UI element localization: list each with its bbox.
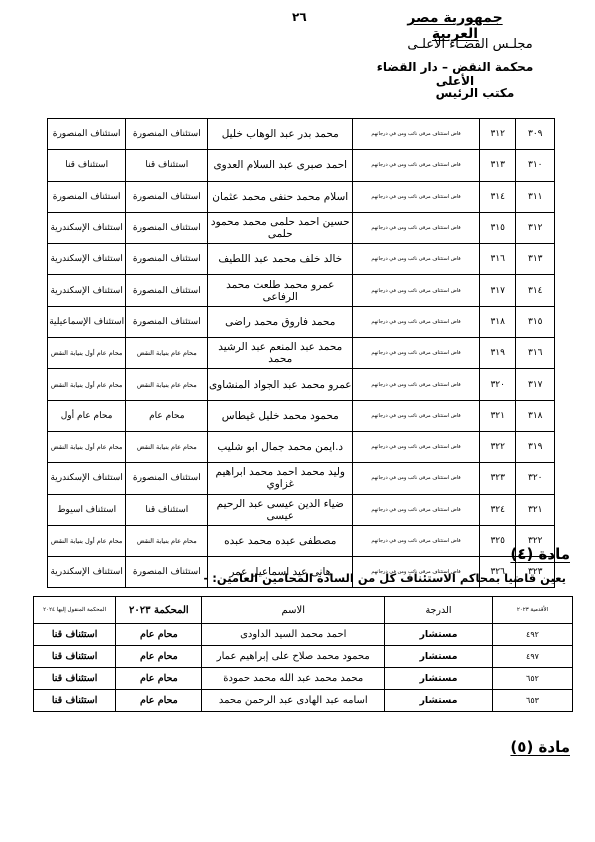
degree: مستشار bbox=[385, 646, 493, 668]
row-index: ٣١٣ bbox=[516, 244, 555, 275]
current-court: استئناف المنصورة bbox=[126, 306, 208, 337]
table-row: ٣١٧٣٢٠قاض استئناف مرقى نائب ومن في درجات… bbox=[48, 369, 555, 400]
judge-name: حسين احمد حلمى محمد محمود حلمى bbox=[208, 212, 353, 243]
degree: قاض استئناف مرقى نائب ومن في درجاتهم bbox=[353, 525, 480, 556]
table-row: ٦٥٣مستشاراسامه عبد الهادى عبد الرحمن محم… bbox=[34, 690, 573, 712]
degree: مستشار bbox=[385, 624, 493, 646]
judge-name: ضياء الدين عيسى عبد الرحيم عيسى bbox=[208, 494, 353, 525]
court-2024: استئناف قنا bbox=[34, 668, 116, 690]
row-index: ٣١٧ bbox=[516, 369, 555, 400]
row-index: ٣١٢ bbox=[516, 212, 555, 243]
current-court: محام عام بنيابة النقض bbox=[126, 369, 208, 400]
col-degree: الدرجة bbox=[385, 597, 493, 624]
judge-name: عمرو محمد طلعت محمد الرفاعى bbox=[208, 275, 353, 306]
table-row: ٣٠٩٣١٢قاض استئناف مرقى نائب ومن في درجات… bbox=[48, 119, 555, 150]
old-seniority: ٣١٤ bbox=[479, 181, 516, 212]
row-index: ٣١٦ bbox=[516, 338, 555, 369]
table-row: ٣٢٠٣٢٣قاض استئناف مرقى نائب ومن في درجات… bbox=[48, 463, 555, 494]
current-court: استئناف المنصورة bbox=[126, 463, 208, 494]
current-court: محام عام بنيابة النقض bbox=[126, 431, 208, 462]
judges-transfer-table: ٣٠٩٣١٢قاض استئناف مرقى نائب ومن في درجات… bbox=[47, 118, 555, 588]
col-court-2024: المحكمة المنقول إليها ٢٠٢٤ bbox=[34, 597, 116, 624]
current-court: استئناف قنا bbox=[126, 150, 208, 181]
name: محمد محمد عبد الله محمد حمودة bbox=[202, 668, 385, 690]
col-seniority: الأقدمية ٢٠٢٣ bbox=[492, 597, 572, 624]
degree: قاض استئناف مرقى نائب ومن في درجاتهم bbox=[353, 275, 480, 306]
old-seniority: ٣١٣ bbox=[479, 150, 516, 181]
old-seniority: ٣٢٢ bbox=[479, 431, 516, 462]
table-row: ٦٥٢مستشارمحمد محمد عبد الله محمد حمودةمح… bbox=[34, 668, 573, 690]
row-index: ٣١٨ bbox=[516, 400, 555, 431]
table-row: ٣١٠٣١٣قاض استئناف مرقى نائب ومن في درجات… bbox=[48, 150, 555, 181]
court-2024: استئناف قنا bbox=[34, 646, 116, 668]
degree: قاض استئناف مرقى نائب ومن في درجاتهم bbox=[353, 119, 480, 150]
court-heading: محكمة النقض – دار القضاء الأعلى bbox=[370, 60, 540, 88]
court-2023: محام عام bbox=[116, 668, 202, 690]
name: محمود محمد صلاح على إبراهيم عمار bbox=[202, 646, 385, 668]
table-row: ٤٩٢مستشاراحمد محمد السيد الداودىمحام عام… bbox=[34, 624, 573, 646]
degree: قاض استئناف مرقى نائب ومن في درجاتهم bbox=[353, 369, 480, 400]
table-row: ٣١٢٣١٥قاض استئناف مرقى نائب ومن في درجات… bbox=[48, 212, 555, 243]
new-court: استئناف الإسكندرية bbox=[48, 275, 126, 306]
current-court: استئناف المنصورة bbox=[126, 244, 208, 275]
old-seniority: ٣١٢ bbox=[479, 119, 516, 150]
old-seniority: ٣١٨ bbox=[479, 306, 516, 337]
degree: قاض استئناف مرقى نائب ومن في درجاتهم bbox=[353, 212, 480, 243]
new-court: استئناف المنصورة bbox=[48, 119, 126, 150]
current-court: استئناف المنصورة bbox=[126, 181, 208, 212]
new-court: محام عام أول بنيابة النقض bbox=[48, 431, 126, 462]
court-2024: استئناف قنا bbox=[34, 690, 116, 712]
judge-name: مصطفى عبده محمد عبده bbox=[208, 525, 353, 556]
degree: قاض استئناف مرقى نائب ومن في درجاتهم bbox=[353, 150, 480, 181]
seniority: ٤٩٢ bbox=[492, 624, 572, 646]
new-court: استئناف الإسماعيلية bbox=[48, 306, 126, 337]
seniority: ٦٥٢ bbox=[492, 668, 572, 690]
degree: قاض استئناف مرقى نائب ومن في درجاتهم bbox=[353, 431, 480, 462]
seniority: ٦٥٣ bbox=[492, 690, 572, 712]
degree: قاض استئناف مرقى نائب ومن في درجاتهم bbox=[353, 181, 480, 212]
judge-name: محمود محمد خليل غيطاس bbox=[208, 400, 353, 431]
new-court: محام عام أول بنيابة النقض bbox=[48, 525, 126, 556]
table-row: ٣١١٣١٤قاض استئناف مرقى نائب ومن في درجات… bbox=[48, 181, 555, 212]
court-2024: استئناف قنا bbox=[34, 624, 116, 646]
old-seniority: ٣١٧ bbox=[479, 275, 516, 306]
current-court: استئناف المنصورة bbox=[126, 119, 208, 150]
judge-name: محمد بدر عبد الوهاب خليل bbox=[208, 119, 353, 150]
current-court: محام عام بنيابة النقض bbox=[126, 525, 208, 556]
degree: قاض استئناف مرقى نائب ومن في درجاتهم bbox=[353, 494, 480, 525]
row-index: ٣١٤ bbox=[516, 275, 555, 306]
table-row: ٣١٤٣١٧قاض استئناف مرقى نائب ومن في درجات… bbox=[48, 275, 555, 306]
degree: قاض استئناف مرقى نائب ومن في درجاتهم bbox=[353, 400, 480, 431]
old-seniority: ٣٢٤ bbox=[479, 494, 516, 525]
table-row: ٣١٦٣١٩قاض استئناف مرقى نائب ومن في درجات… bbox=[48, 338, 555, 369]
new-court: محام عام أول بنيابة النقض bbox=[48, 338, 126, 369]
name: احمد محمد السيد الداودى bbox=[202, 624, 385, 646]
row-index: ٣١١ bbox=[516, 181, 555, 212]
new-court: استئناف الإسكندرية bbox=[48, 463, 126, 494]
degree: قاض استئناف مرقى نائب ومن في درجاتهم bbox=[353, 244, 480, 275]
court-2023: محام عام bbox=[116, 646, 202, 668]
row-index: ٣١٩ bbox=[516, 431, 555, 462]
judge-name: احمد صبرى عبد السلام العدوى bbox=[208, 150, 353, 181]
current-court: استئناف المنصورة bbox=[126, 275, 208, 306]
court-2023: محام عام bbox=[116, 690, 202, 712]
old-seniority: ٣١٩ bbox=[479, 338, 516, 369]
current-court: استئناف قنا bbox=[126, 494, 208, 525]
table-row: ٤٩٧مستشارمحمود محمد صلاح على إبراهيم عما… bbox=[34, 646, 573, 668]
row-index: ٣٢١ bbox=[516, 494, 555, 525]
degree: قاض استئناف مرقى نائب ومن في درجاتهم bbox=[353, 306, 480, 337]
judge-name: د.ايمن محمد جمال ابو شليب bbox=[208, 431, 353, 462]
table-row: ٣٢١٣٢٤قاض استئناف مرقى نائب ومن في درجات… bbox=[48, 494, 555, 525]
old-seniority: ٣١٦ bbox=[479, 244, 516, 275]
degree: قاض استئناف مرقى نائب ومن في درجاتهم bbox=[353, 338, 480, 369]
new-court: استئناف اسيوط bbox=[48, 494, 126, 525]
table-row: ٣١٥٣١٨قاض استئناف مرقى نائب ومن في درجات… bbox=[48, 306, 555, 337]
new-court: استئناف الإسكندرية bbox=[48, 212, 126, 243]
article-4-intro: يعين قاضيا بمحاكم الاستئناف كل من السادة… bbox=[60, 571, 566, 585]
col-name: الاسم bbox=[202, 597, 385, 624]
new-court: محام عام أول bbox=[48, 400, 126, 431]
council-heading: مجلـس القضـاء الأعلـى bbox=[400, 37, 540, 52]
article-5-title: مادة (٥) bbox=[500, 738, 570, 756]
table-row: ٣٢٢٣٢٥قاض استئناف مرقى نائب ومن في درجات… bbox=[48, 525, 555, 556]
old-seniority: ٣٢٠ bbox=[479, 369, 516, 400]
seniority: ٤٩٧ bbox=[492, 646, 572, 668]
table-row: ٣١٩٣٢٢قاض استئناف مرقى نائب ومن في درجات… bbox=[48, 431, 555, 462]
table-row: ٣١٣٣١٦قاض استئناف مرقى نائب ومن في درجات… bbox=[48, 244, 555, 275]
old-seniority: ٣٢١ bbox=[479, 400, 516, 431]
judge-name: محمد فاروق محمد راضى bbox=[208, 306, 353, 337]
row-index: ٣١٥ bbox=[516, 306, 555, 337]
article-4-title: مادة (٤) bbox=[500, 545, 570, 563]
current-court: محام عام bbox=[126, 400, 208, 431]
judge-name: عمرو محمد عبد الجواد المنشاوى bbox=[208, 369, 353, 400]
row-index: ٣٢٠ bbox=[516, 463, 555, 494]
judge-name: خالد خلف محمد عبد اللطيف bbox=[208, 244, 353, 275]
court-2023: محام عام bbox=[116, 624, 202, 646]
new-court: استئناف المنصورة bbox=[48, 181, 126, 212]
name: اسامه عبد الهادى عبد الرحمن محمد bbox=[202, 690, 385, 712]
current-court: استئناف المنصورة bbox=[126, 212, 208, 243]
new-court: محام عام أول بنيابة النقض bbox=[48, 369, 126, 400]
current-court: محام عام بنيابة النقض bbox=[126, 338, 208, 369]
page-number: ٢٦ bbox=[292, 10, 307, 24]
judge-name: محمد عبد المنعم عبد الرشيد محمد bbox=[208, 338, 353, 369]
degree: قاض استئناف مرقى نائب ومن في درجاتهم bbox=[353, 463, 480, 494]
row-index: ٣٠٩ bbox=[516, 119, 555, 150]
degree: مستشار bbox=[385, 690, 493, 712]
judge-name: وليد محمد احمد محمد ابراهيم غزاوي bbox=[208, 463, 353, 494]
article-4-table: الأقدمية ٢٠٢٣ الدرجة الاسم المحكمة ٢٠٢٣ … bbox=[33, 596, 573, 712]
old-seniority: ٣١٥ bbox=[479, 212, 516, 243]
col-court-2023: المحكمة ٢٠٢٣ bbox=[116, 597, 202, 624]
table-header-row: الأقدمية ٢٠٢٣ الدرجة الاسم المحكمة ٢٠٢٣ … bbox=[34, 597, 573, 624]
degree: مستشار bbox=[385, 668, 493, 690]
old-seniority: ٣٢٣ bbox=[479, 463, 516, 494]
office-heading: مكتب الرئيس bbox=[430, 86, 520, 100]
table-row: ٣١٨٣٢١قاض استئناف مرقى نائب ومن في درجات… bbox=[48, 400, 555, 431]
row-index: ٣١٠ bbox=[516, 150, 555, 181]
new-court: استئناف الإسكندرية bbox=[48, 244, 126, 275]
new-court: استئناف قنا bbox=[48, 150, 126, 181]
judge-name: اسلام محمد حنفى محمد عثمان bbox=[208, 181, 353, 212]
